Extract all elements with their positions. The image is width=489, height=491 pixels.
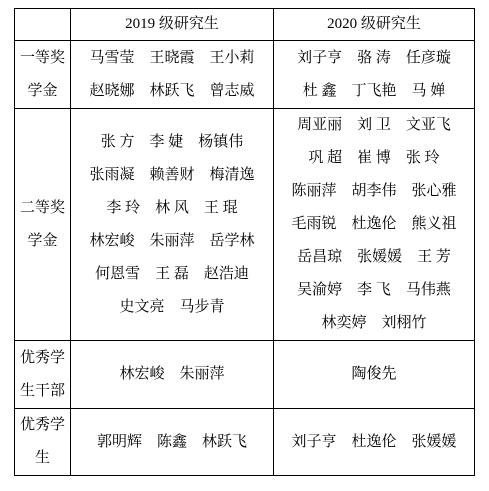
name-line: 吴渝婷 李 飞 马伟燕 [274, 274, 474, 307]
names-2019-cell: 郭明辉 陈鑫 林跃飞 [71, 409, 274, 476]
award-label-line: 一等奖 [15, 42, 70, 75]
header-row: 2019 级研究生 2020 级研究生 [15, 9, 475, 41]
award-label-cell: 一等奖 学金 [15, 41, 71, 109]
header-cell-2019-cohort: 2019 级研究生 [71, 9, 274, 41]
header-cell-category [15, 9, 71, 41]
name-line: 林奕婷 刘栩竹 [274, 307, 474, 340]
name-line: 周亚丽 刘 卫 文亚飞 [274, 109, 474, 142]
name-line: 陈丽萍 胡李伟 张心雅 [274, 175, 474, 208]
name-line: 杜 鑫 丁飞艳 马 婵 [274, 75, 474, 108]
award-label-line: 生干部 [15, 375, 70, 408]
award-label-line: 学金 [15, 75, 70, 108]
award-label-line: 二等奖 [15, 192, 70, 225]
name-line: 陶俊先 [274, 358, 474, 391]
name-line: 刘子亨 骆 涛 任彦璇 [274, 42, 474, 75]
row-first-class-scholarship: 一等奖 学金 马雪莹 王晓霞 王小莉 赵晓娜 林跃飞 曾志威 刘子亨 骆 涛 任… [15, 41, 475, 109]
row-second-class-scholarship: 二等奖 学金 张 方 李 婕 杨镇伟 张雨凝 赖善财 梅清逸 李 玲 林 风 王… [15, 109, 475, 341]
names-2020-cell: 刘子亨 杜逸伦 张媛媛 [274, 409, 475, 476]
name-line: 林宏峻 朱丽萍 岳学林 [71, 225, 273, 258]
row-outstanding-student-cadre: 优秀学 生干部 林宏峻 朱丽萍 陶俊先 [15, 341, 475, 409]
award-label-line: 优秀学 [15, 342, 70, 375]
name-line: 郭明辉 陈鑫 林跃飞 [71, 426, 273, 459]
names-2019-cell: 马雪莹 王晓霞 王小莉 赵晓娜 林跃飞 曾志威 [71, 41, 274, 109]
name-line: 巩 超 崔 博 张 玲 [274, 142, 474, 175]
names-2019-cell: 张 方 李 婕 杨镇伟 张雨凝 赖善财 梅清逸 李 玲 林 风 王 琨 林宏峻 … [71, 109, 274, 341]
name-line: 史文亮 马步青 [71, 291, 273, 324]
names-2020-cell: 周亚丽 刘 卫 文亚飞 巩 超 崔 博 张 玲 陈丽萍 胡李伟 张心雅 毛雨锐 … [274, 109, 475, 341]
name-line: 张雨凝 赖善财 梅清逸 [71, 159, 273, 192]
name-line: 刘子亨 杜逸伦 张媛媛 [274, 426, 474, 459]
award-label-cell: 优秀学 生干部 [15, 341, 71, 409]
name-line: 岳昌琼 张媛媛 王 芳 [274, 241, 474, 274]
award-label-cell: 二等奖 学金 [15, 109, 71, 341]
award-label-line: 学金 [15, 225, 70, 258]
name-line: 张 方 李 婕 杨镇伟 [71, 126, 273, 159]
name-line: 毛雨锐 杜逸伦 熊义祖 [274, 208, 474, 241]
header-2019-label: 2019 级研究生 [71, 9, 273, 40]
name-line: 李 玲 林 风 王 琨 [71, 192, 273, 225]
header-2020-label: 2020 级研究生 [274, 9, 474, 40]
scholarship-award-table: 2019 级研究生 2020 级研究生 一等奖 学金 马雪莹 王晓霞 王小莉 赵… [14, 8, 475, 476]
names-2019-cell: 林宏峻 朱丽萍 [71, 341, 274, 409]
name-line: 马雪莹 王晓霞 王小莉 [71, 42, 273, 75]
name-line: 何恩雪 王 磊 赵浩迪 [71, 258, 273, 291]
award-label-cell: 优秀学 生 [15, 409, 71, 476]
names-2020-cell: 刘子亨 骆 涛 任彦璇 杜 鑫 丁飞艳 马 婵 [274, 41, 475, 109]
row-outstanding-student: 优秀学 生 郭明辉 陈鑫 林跃飞 刘子亨 杜逸伦 张媛媛 [15, 409, 475, 476]
header-cell-2020-cohort: 2020 级研究生 [274, 9, 475, 41]
name-line: 赵晓娜 林跃飞 曾志威 [71, 75, 273, 108]
award-label-line: 优秀学 [15, 409, 70, 442]
names-2020-cell: 陶俊先 [274, 341, 475, 409]
name-line: 林宏峻 朱丽萍 [71, 358, 273, 391]
award-label-line: 生 [15, 442, 70, 475]
